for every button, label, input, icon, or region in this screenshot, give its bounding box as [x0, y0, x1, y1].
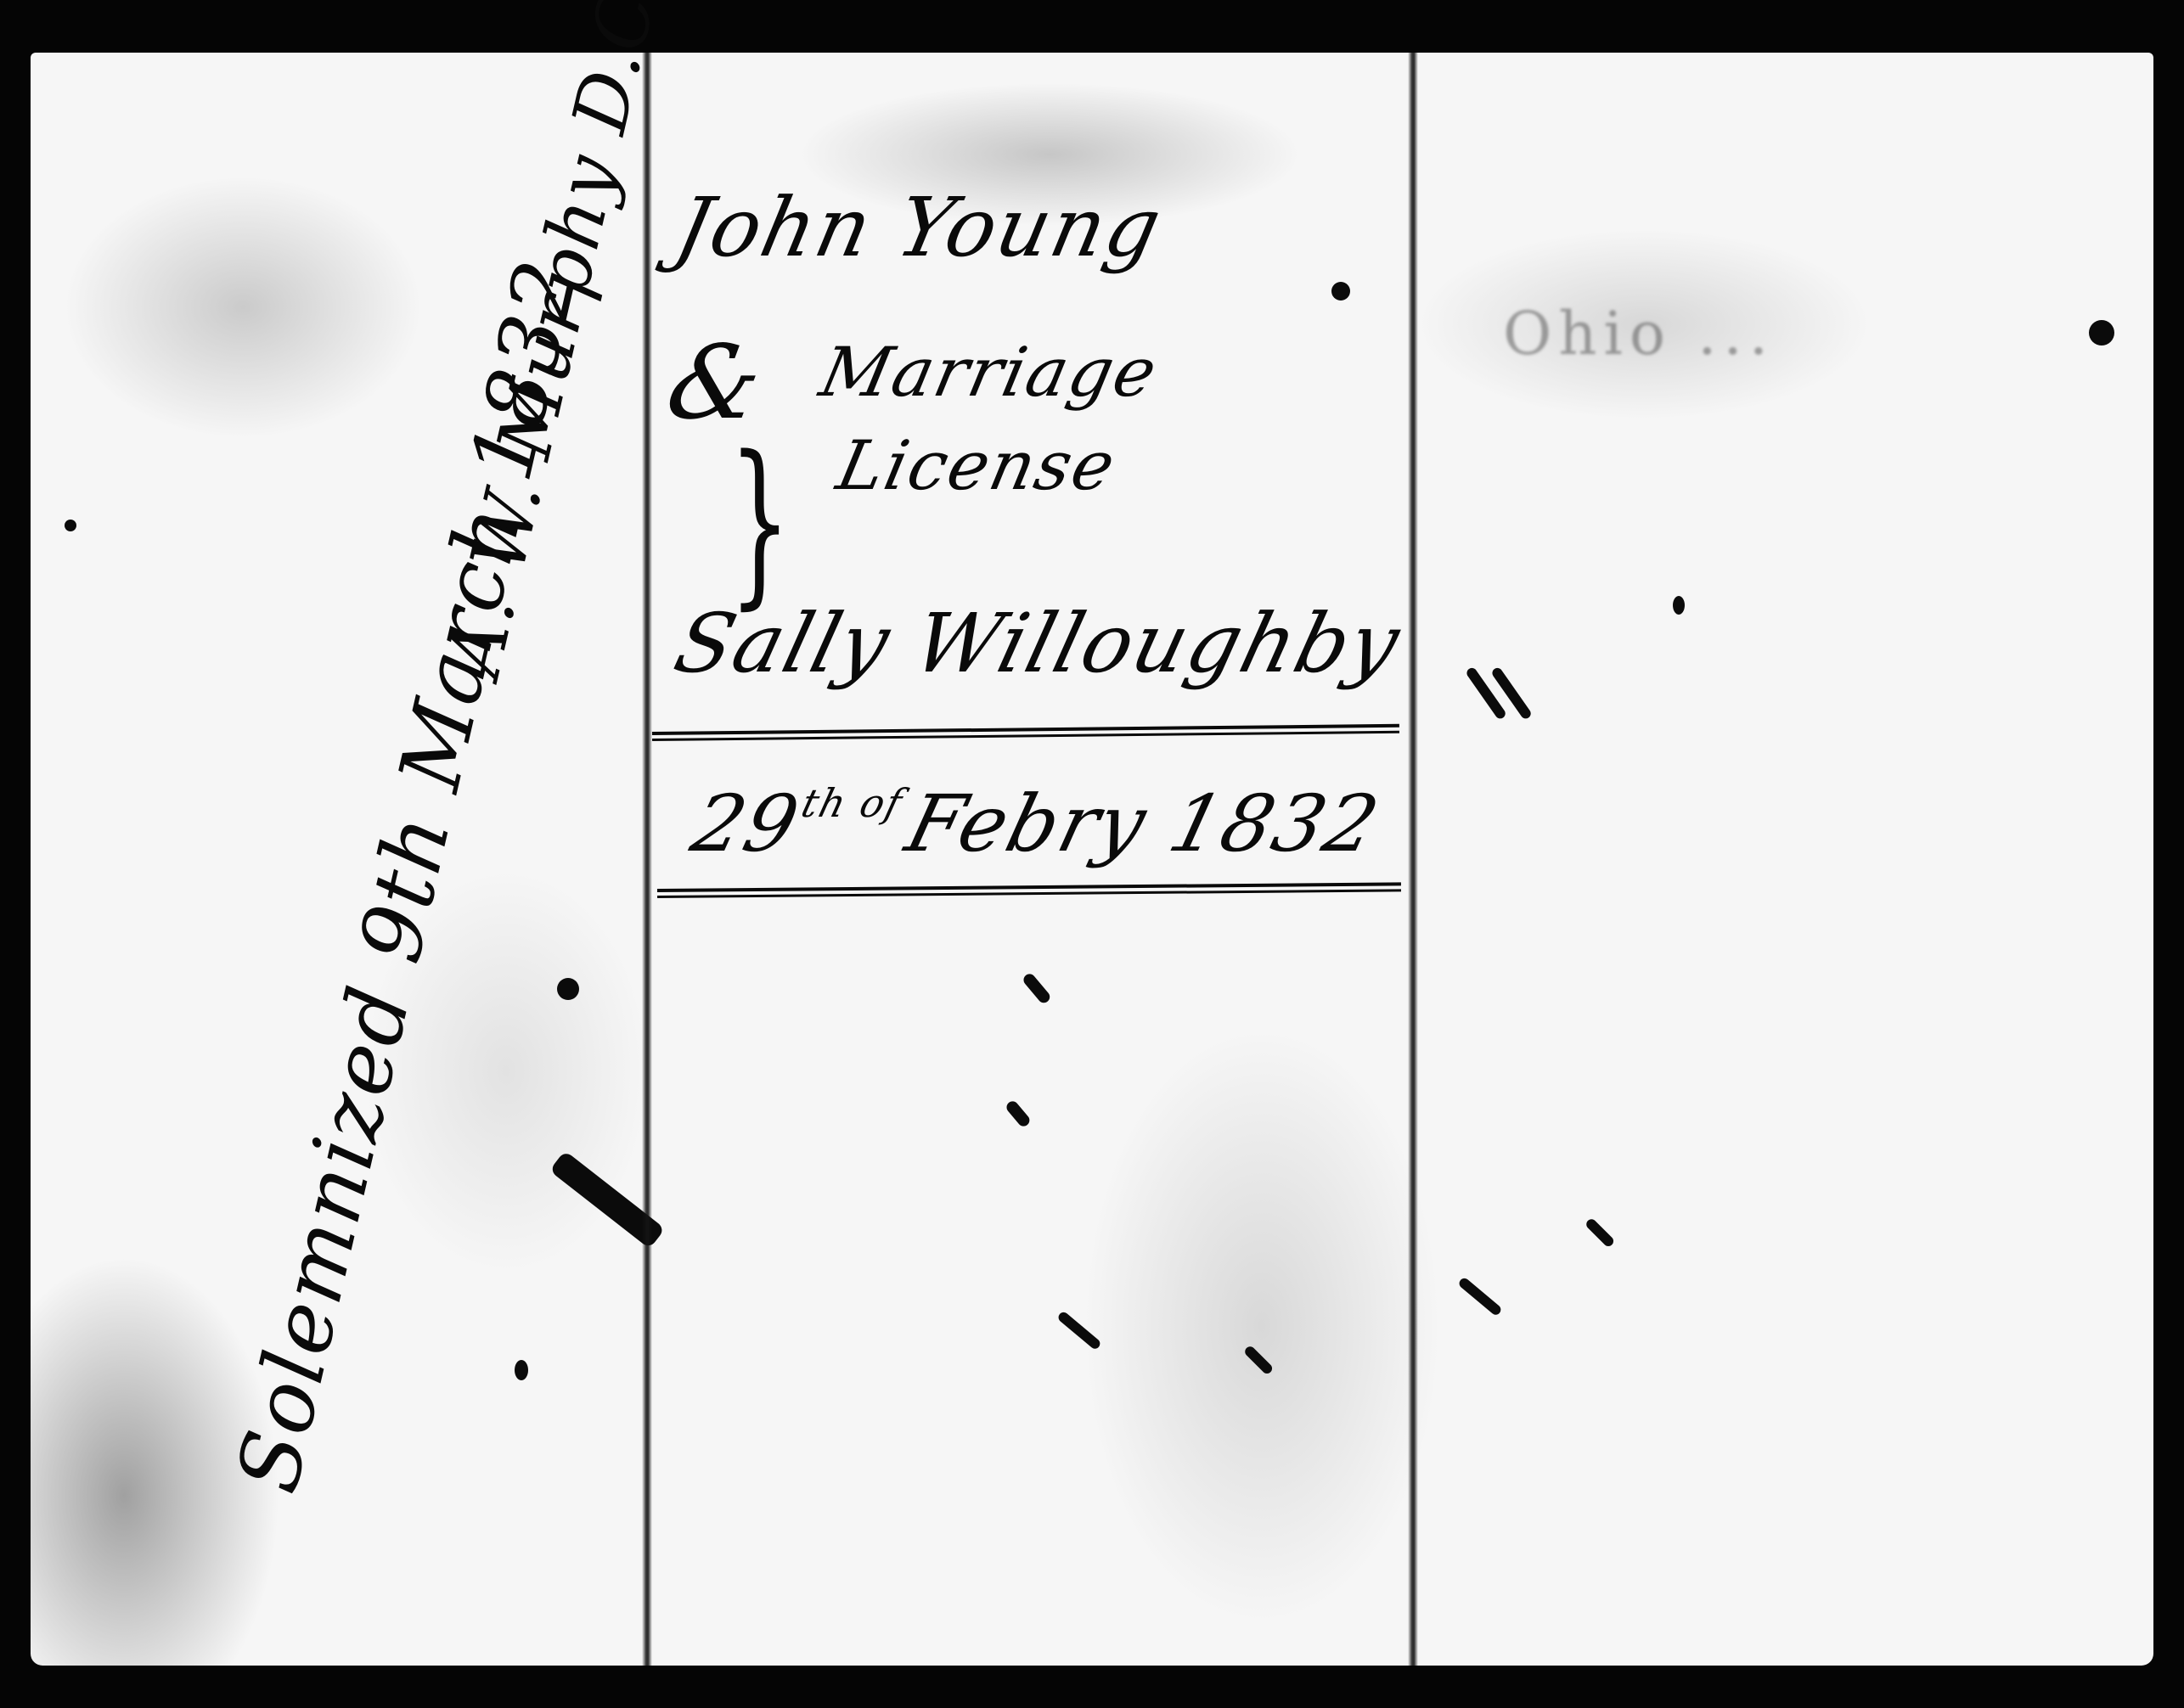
bleed-through-text: Ohio ... [1503, 299, 1775, 368]
ink-stroke-mark [1005, 1099, 1033, 1129]
left-panel: Solemnized 9th March 1832 A. W. Murphy D… [31, 53, 646, 1666]
license-date: 29th ofFebry 1832 [684, 778, 1389, 869]
document-scan: Solemnized 9th March 1832 A. W. Murphy D… [0, 0, 2184, 1708]
ink-blot [1331, 282, 1350, 301]
ink-stroke-mark [1585, 1217, 1616, 1249]
ink-stroke-mark [1022, 972, 1052, 1006]
ink-stroke-mark [1457, 1276, 1503, 1317]
ink-stroke-mark [1056, 1310, 1102, 1351]
clerk-signature: A. W. Murphy D.C. [430, 0, 678, 683]
ink-blot [557, 978, 579, 1000]
date-day: 29 [684, 778, 809, 869]
ink-blot [2089, 320, 2114, 346]
ink-stroke-mark [1243, 1345, 1275, 1376]
date-month: Febry [898, 778, 1157, 869]
bride-name: Sally Willoughby [666, 596, 1410, 691]
document-title-license: License [830, 426, 1123, 505]
fold-line-left [642, 53, 652, 1666]
double-rule-bottom [657, 882, 1401, 898]
date-ordinal: th of [796, 780, 908, 826]
right-panel: Ohio ... [1418, 53, 2153, 1666]
ink-blot [1673, 596, 1685, 615]
groom-name: John Young [667, 180, 1170, 275]
double-rule-top [652, 724, 1399, 741]
document-title-marriage: Marriage [813, 333, 1165, 412]
paper-sheet: Solemnized 9th March 1832 A. W. Murphy D… [31, 53, 2153, 1666]
date-year: 1832 [1161, 778, 1389, 869]
ink-blot [65, 520, 76, 531]
brace-icon: } [729, 418, 791, 626]
middle-panel: John Young & Marriage License } Sally Wi… [652, 53, 1412, 1666]
ink-blot [515, 1360, 528, 1380]
